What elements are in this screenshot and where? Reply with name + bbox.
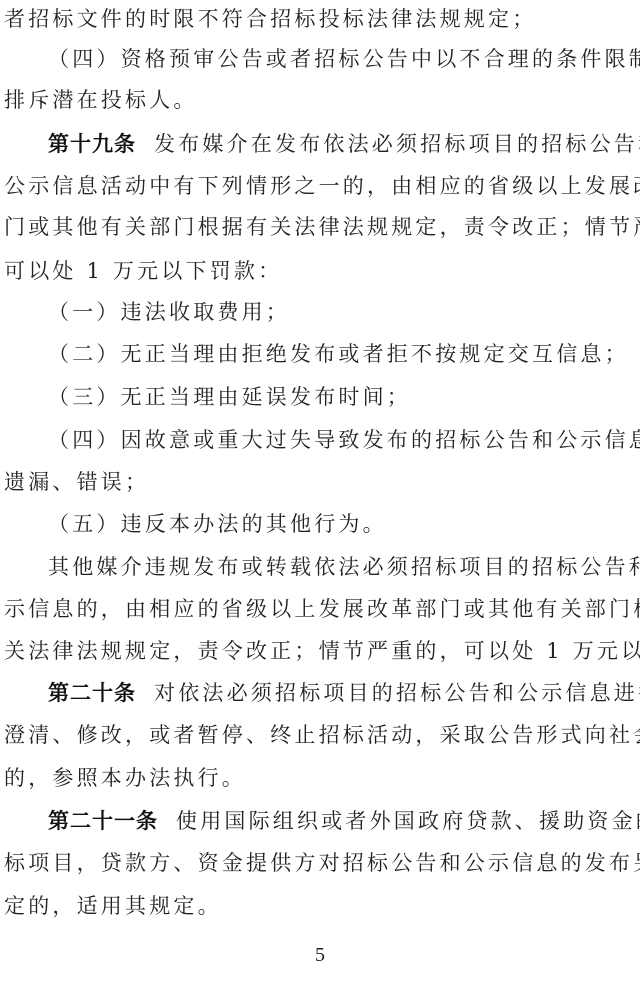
article-21-line: 第二十一条使用国际组织或者外国政府贷款、援助资金的招 [48, 808, 638, 834]
list-item-3: （三）无正当理由延误发布时间； [48, 384, 638, 410]
article-21-heading: 第二十一条 [48, 809, 158, 833]
article-19-line: 第十九条发布媒介在发布依法必须招标项目的招标公告和 [48, 131, 638, 157]
list-item-1: （一）违法收取费用； [48, 299, 638, 325]
list-item-5: （五）违反本办法的其他行为。 [48, 511, 638, 537]
text-line: 遗漏、错误； [4, 469, 636, 495]
article-19-heading: 第十九条 [48, 132, 136, 156]
paragraph-other-media: 其他媒介违规发布或转载依法必须招标项目的招标公告和公 [48, 554, 638, 580]
text-line: 者招标文件的时限不符合招标投标法律法规规定； [4, 6, 636, 32]
list-item-4: （四）因故意或重大过失导致发布的招标公告和公示信息发生 [48, 427, 638, 453]
text-line: 公示信息活动中有下列情形之一的，由相应的省级以上发展改革部 [4, 173, 636, 199]
text-line: 可以处 1 万元以下罚款： [4, 258, 636, 284]
document-page: 者招标文件的时限不符合招标投标法律法规规定； （四）资格预审公告或者招标公告中以… [0, 0, 640, 982]
page-number: 5 [0, 944, 640, 967]
article-20-text: 对依法必须招标项目的招标公告和公示信息进行 [154, 681, 640, 705]
text-line: 澄清、修改，或者暂停、终止招标活动，采取公告形式向社会公布 [4, 722, 636, 748]
text-line: 标项目，贷款方、资金提供方对招标公告和公示信息的发布另有规 [4, 850, 636, 876]
text-line: 示信息的，由相应的省级以上发展改革部门或其他有关部门根据有 [4, 596, 636, 622]
article-20-heading: 第二十条 [48, 681, 136, 705]
text-line: 排斥潜在投标人。 [4, 87, 636, 113]
article-21-text: 使用国际组织或者外国政府贷款、援助资金的招 [176, 809, 640, 833]
text-line: 定的，适用其规定。 [4, 893, 636, 919]
list-item-2: （二）无正当理由拒绝发布或者拒不按规定交互信息； [48, 341, 638, 367]
article-19-text: 发布媒介在发布依法必须招标项目的招标公告和 [154, 132, 640, 156]
article-20-line: 第二十条对依法必须招标项目的招标公告和公示信息进行 [48, 680, 638, 706]
text-line: 关法律法规规定，责令改正；情节严重的，可以处 1 万元以下罚款。 [4, 638, 636, 664]
list-item-4-line: （四）资格预审公告或者招标公告中以不合理的条件限制或者 [48, 46, 638, 72]
text-line: 的，参照本办法执行。 [4, 765, 636, 791]
text-line: 门或其他有关部门根据有关法律法规规定，责令改正；情节严重的， [4, 214, 636, 240]
